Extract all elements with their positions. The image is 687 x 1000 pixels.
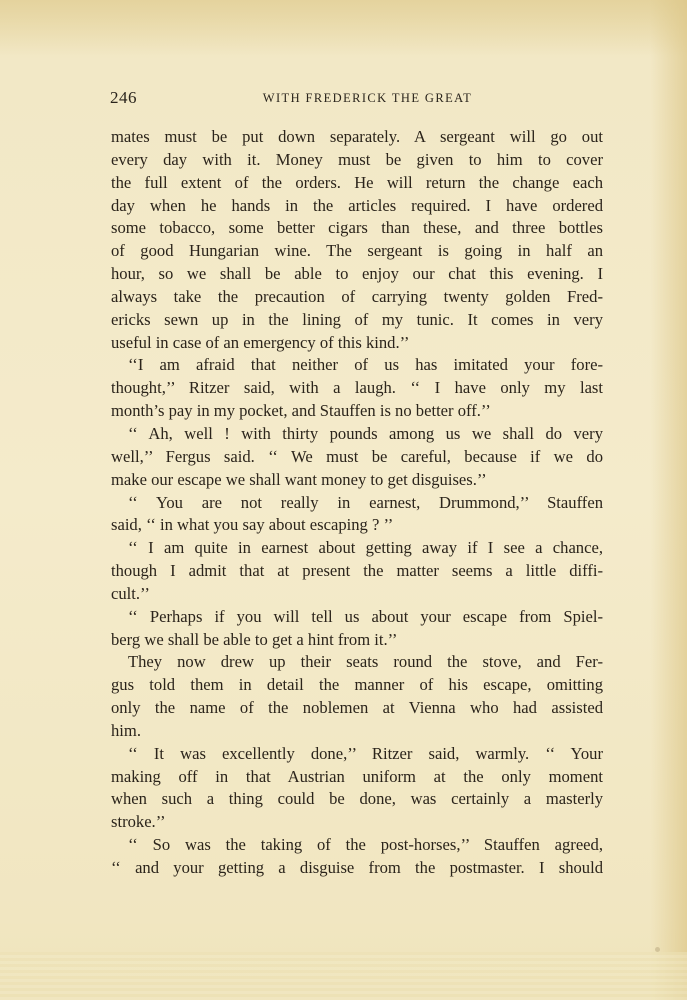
text-line: ‘‘ You are not really in earnest, Drummo… <box>111 492 603 515</box>
running-title: WITH FREDERICK THE GREAT <box>110 91 603 106</box>
body-text: mates must be put down separately. A ser… <box>111 126 603 880</box>
text-line: useful in case of an emergency of this k… <box>111 332 603 355</box>
text-line: always take the precaution of carrying t… <box>111 286 603 309</box>
text-line: the full extent of the orders. He will r… <box>111 172 603 195</box>
text-line: hour, so we shall be able to enjoy our c… <box>111 263 603 286</box>
text-line: berg we shall be able to get a hint from… <box>111 629 603 652</box>
scan-edge-bottom <box>0 952 687 1000</box>
text-line: ‘‘I am afraid that neither of us has imi… <box>111 354 603 377</box>
text-line: gus told them in detail the manner of hi… <box>111 674 603 697</box>
text-line: when such a thing could be done, was cer… <box>111 788 603 811</box>
text-line: ‘‘ Ah, well ! with thirty pounds among u… <box>111 423 603 446</box>
text-line: said, ‘‘ in what you say about escaping … <box>111 514 603 537</box>
text-line: thought,’’ Ritzer said, with a laugh. ‘‘… <box>111 377 603 400</box>
text-line: ‘‘ So was the taking of the post-horses,… <box>111 834 603 857</box>
text-line: ‘‘ It was excellently done,’’ Ritzer sai… <box>111 743 603 766</box>
text-line: day when he hands in the articles requir… <box>111 195 603 218</box>
text-line: stroke.’’ <box>111 811 603 834</box>
text-line: though I admit that at present the matte… <box>111 560 603 583</box>
text-line: him. <box>111 720 603 743</box>
text-line: of good Hungarian wine. The sergeant is … <box>111 240 603 263</box>
paper-spot <box>655 947 660 952</box>
text-line: well,’’ Fergus said. ‘‘ We must be caref… <box>111 446 603 469</box>
text-line: making off in that Austrian uniform at t… <box>111 766 603 789</box>
text-line: They now drew up their seats round the s… <box>111 651 603 674</box>
text-line: ‘‘ Perhaps if you will tell us about you… <box>111 606 603 629</box>
text-line: only the name of the noblemen at Vienna … <box>111 697 603 720</box>
text-line: every day with it. Money must be given t… <box>111 149 603 172</box>
text-line: ‘‘ I am quite in earnest about getting a… <box>111 537 603 560</box>
text-line: mates must be put down separately. A ser… <box>111 126 603 149</box>
text-line: ericks sewn up in the lining of my tunic… <box>111 309 603 332</box>
text-line: make our escape we shall want money to g… <box>111 469 603 492</box>
scan-edge-top <box>0 0 687 55</box>
text-line: ‘‘ and your getting a disguise from the … <box>111 857 603 880</box>
page-header: 246 WITH FREDERICK THE GREAT <box>110 88 603 110</box>
book-page: 246 WITH FREDERICK THE GREAT mates must … <box>0 0 687 1000</box>
text-line: some tobacco, some better cigars than th… <box>111 217 603 240</box>
text-line: month’s pay in my pocket, and Stauffen i… <box>111 400 603 423</box>
text-line: cult.’’ <box>111 583 603 606</box>
